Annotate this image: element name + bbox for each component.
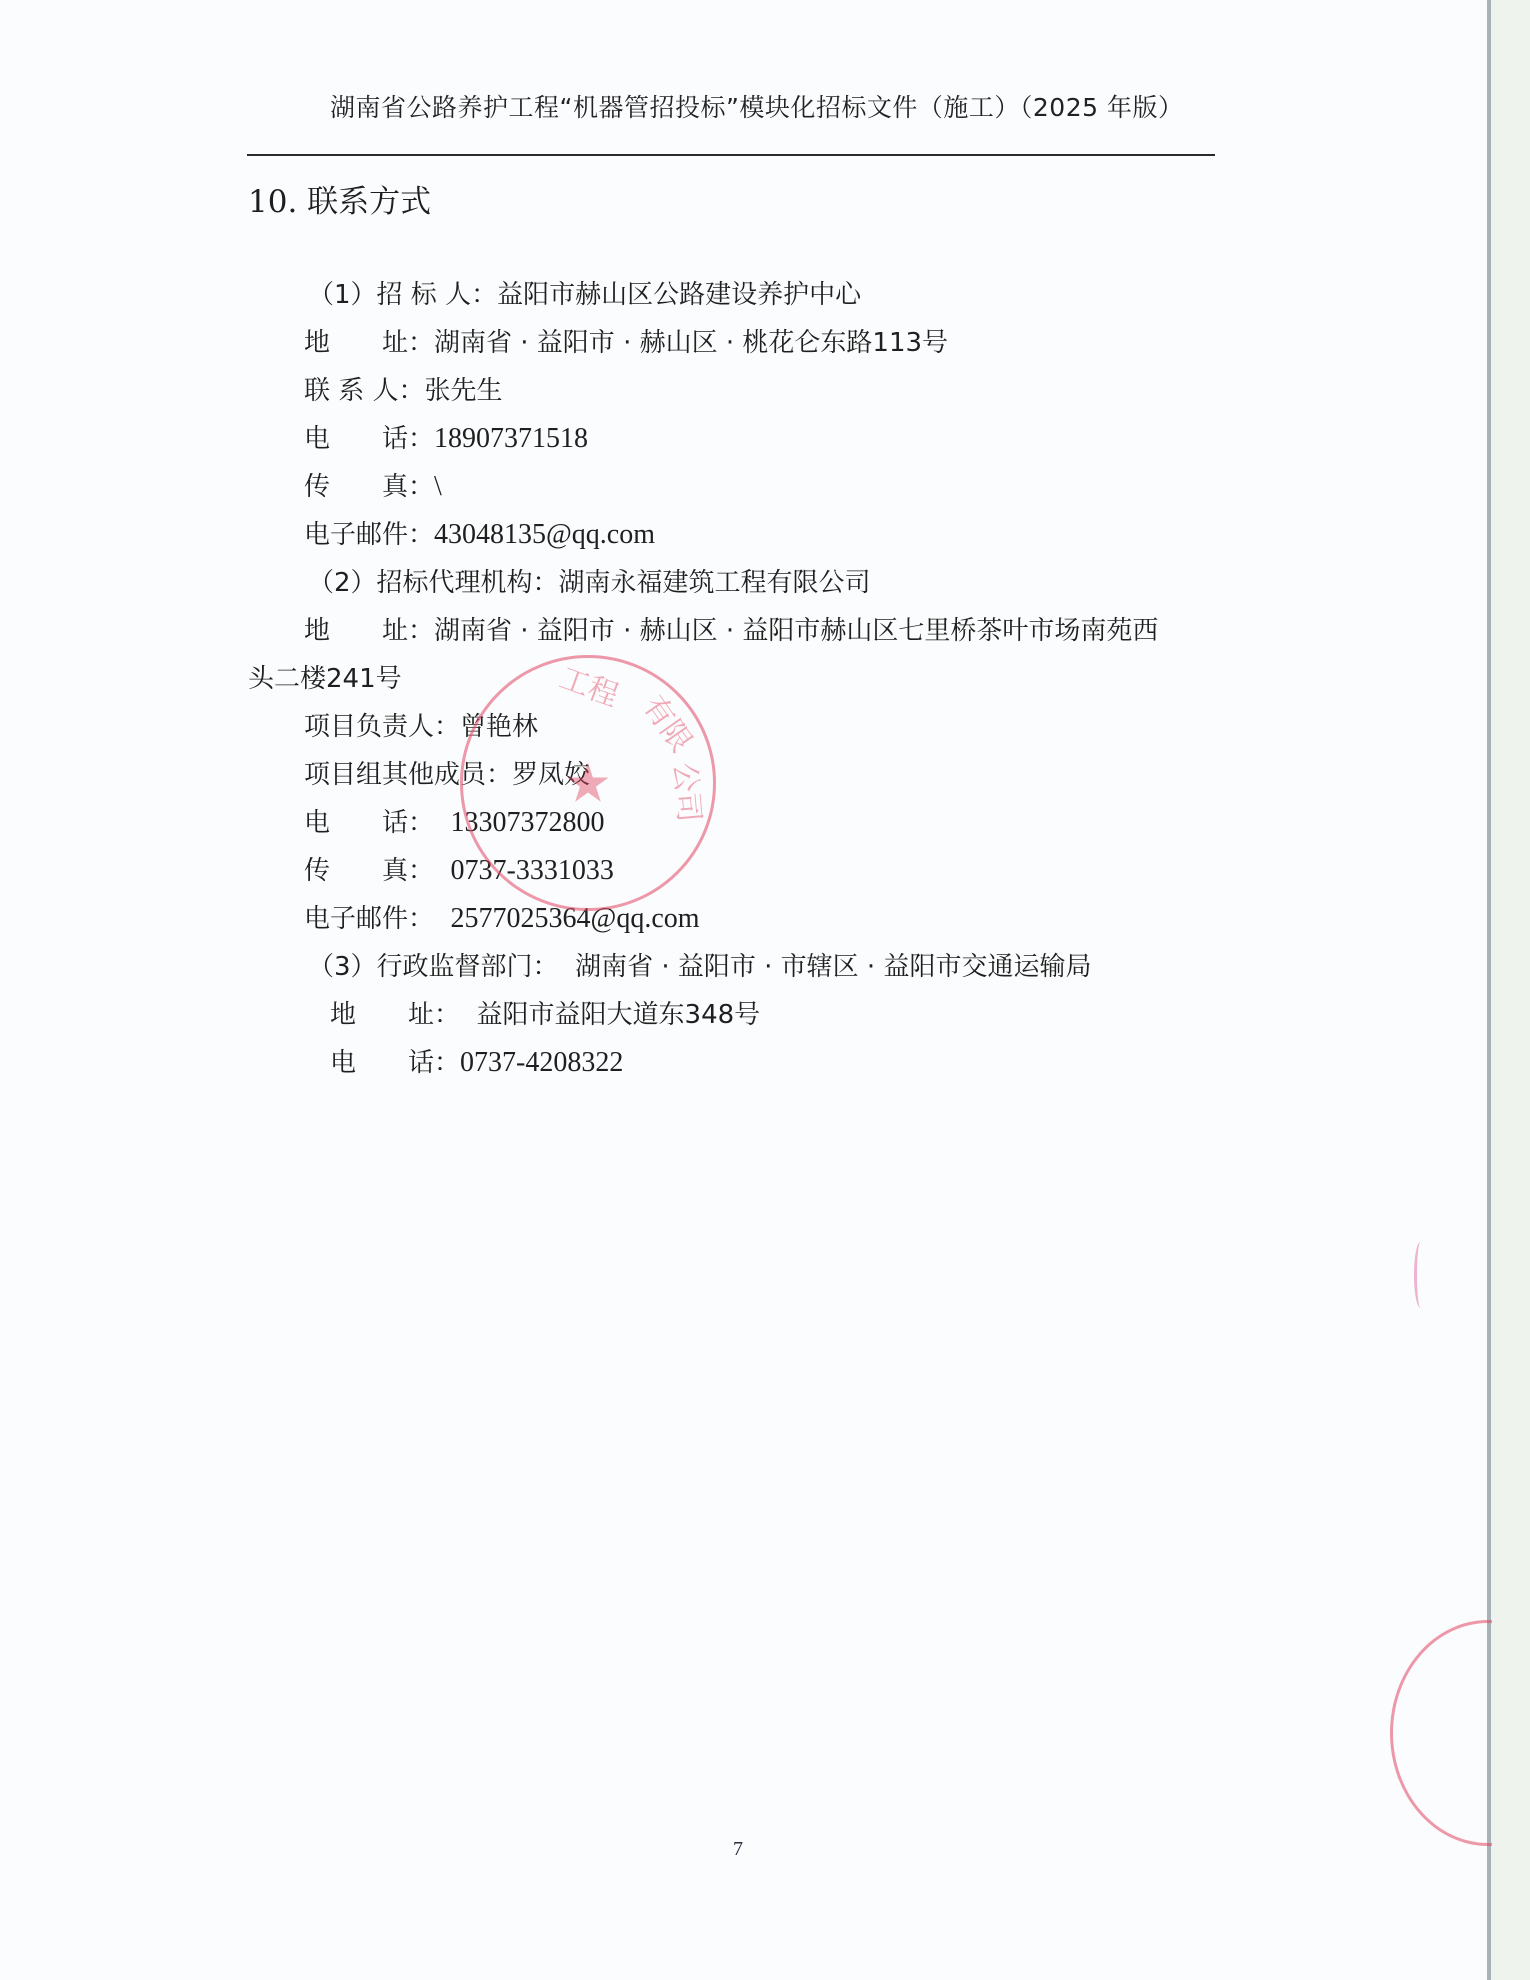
seal-text-fragment: 公司 (665, 760, 714, 824)
tenderer-label: （1）招 标 人： (308, 280, 497, 310)
supervisor-phone-label: 电 话： (330, 1048, 460, 1078)
agency-address-continuation: 头二楼241号 (248, 658, 402, 695)
agency-manager: 曾艳林 (460, 712, 538, 742)
supervisor-phone: 0737-4208322 (460, 1047, 623, 1078)
tenderer-phone-line: 电 话：18907371518 (304, 418, 588, 455)
supervisor-label: （3）行政监督部门： (308, 952, 559, 982)
tenderer-address: 湖南省 · 益阳市 · 赫山区 · 桃花仑东路113号 (434, 328, 948, 358)
tenderer-contact-line: 联 系 人：张先生 (304, 370, 503, 407)
agency-address-label: 地 址： (304, 616, 434, 646)
supervisor-address-line: 地 址： 益阳市益阳大道东348号 (330, 994, 760, 1031)
supervisor-address: 益阳市益阳大道东348号 (477, 1000, 761, 1030)
tenderer-phone: 18907371518 (434, 423, 588, 454)
agency-address-line: 地 址：湖南省 · 益阳市 · 赫山区 · 益阳市赫山区七里桥茶叶市场南苑西 (304, 610, 1158, 647)
section-title: 10. 联系方式 (248, 176, 431, 221)
tenderer-email-label: 电子邮件： (304, 520, 434, 550)
tenderer-fax-label: 传 真： (304, 472, 434, 502)
supervisor-address-label: 地 址： (330, 1000, 460, 1030)
tenderer-phone-label: 电 话： (304, 424, 434, 454)
agency-phone-line: 电 话： 13307372800 (304, 802, 605, 839)
agency-members: 罗凤姣 (512, 760, 590, 790)
header-divider (247, 154, 1215, 156)
tenderer-fax-line: 传 真：\ (304, 466, 442, 503)
tenderer-line: （1）招 标 人：益阳市赫山区公路建设养护中心 (308, 274, 861, 311)
agency-email-label: 电子邮件： (304, 904, 434, 934)
agency-fax: 0737-3331033 (451, 855, 614, 886)
red-ink-mark (1414, 1242, 1427, 1308)
agency-phone: 13307372800 (451, 807, 605, 838)
tenderer-contact-label: 联 系 人： (304, 376, 425, 406)
tenderer-address-label: 地 址： (304, 328, 434, 358)
document-header-title: 湖南省公路养护工程“机器管招投标”模块化招标文件（施工）（2025 年版） (330, 88, 1183, 124)
agency-email-line: 电子邮件： 2577025364@qq.com (304, 898, 700, 935)
agency-address-line2: 头二楼241号 (248, 664, 402, 694)
tenderer-name: 益阳市赫山区公路建设养护中心 (497, 280, 861, 310)
agency-manager-line: 项目负责人：曾艳林 (304, 706, 538, 743)
agency-phone-label: 电 话： (304, 808, 434, 838)
background-strip (1491, 0, 1530, 1980)
agency-line: （2）招标代理机构：湖南永福建筑工程有限公司 (308, 562, 871, 599)
supervisor-name: 湖南省 · 益阳市 · 市辖区 · 益阳市交通运输局 (575, 952, 1091, 982)
tenderer-address-line: 地 址：湖南省 · 益阳市 · 赫山区 · 桃花仑东路113号 (304, 322, 948, 359)
supervisor-phone-line: 电 话：0737-4208322 (330, 1042, 623, 1079)
agency-fax-line: 传 真： 0737-3331033 (304, 850, 614, 887)
agency-email[interactable]: 2577025364@qq.com (451, 903, 700, 934)
tenderer-email-line: 电子邮件：43048135@qq.com (304, 514, 655, 551)
tenderer-fax: \ (434, 471, 442, 502)
supervisor-line: （3）行政监督部门： 湖南省 · 益阳市 · 市辖区 · 益阳市交通运输局 (308, 946, 1091, 983)
agency-name: 湖南永福建筑工程有限公司 (559, 568, 871, 598)
agency-address: 湖南省 · 益阳市 · 赫山区 · 益阳市赫山区七里桥茶叶市场南苑西 (434, 616, 1158, 646)
agency-members-label: 项目组其他成员： (304, 760, 512, 790)
tenderer-email[interactable]: 43048135@qq.com (434, 519, 655, 550)
agency-members-line: 项目组其他成员：罗凤姣 (304, 754, 590, 791)
page-number: 7 (733, 1838, 743, 1861)
agency-manager-label: 项目负责人： (304, 712, 460, 742)
tenderer-contact: 张先生 (425, 376, 503, 406)
agency-label: （2）招标代理机构： (308, 568, 559, 598)
agency-fax-label: 传 真： (304, 856, 434, 886)
